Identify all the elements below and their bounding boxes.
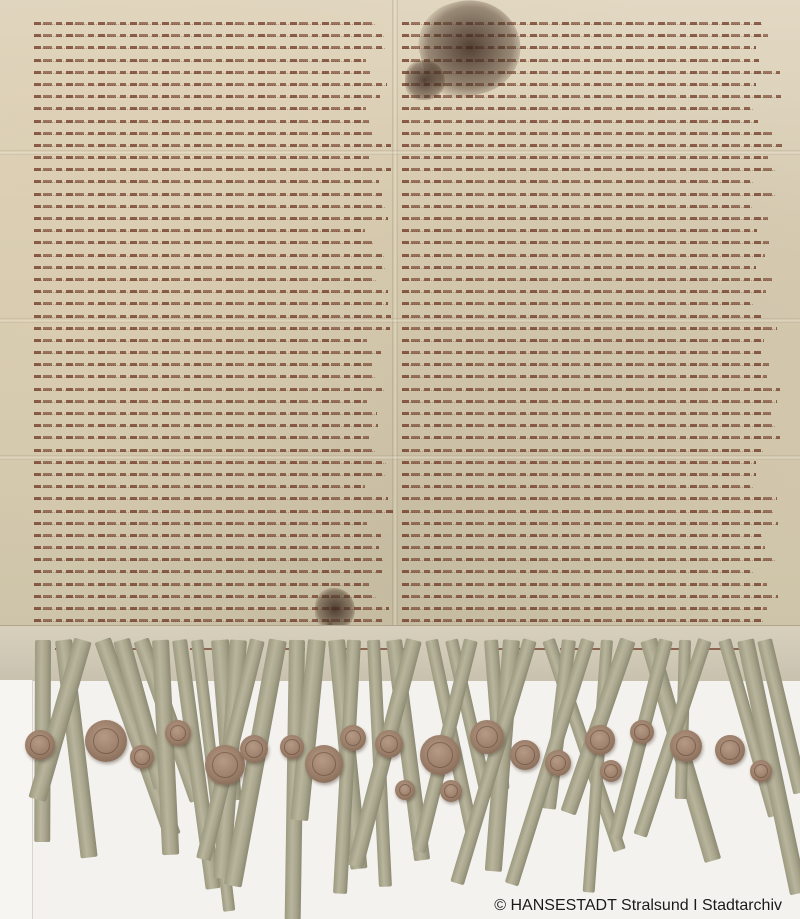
script-line <box>402 595 778 598</box>
script-line <box>34 120 369 123</box>
script-line <box>34 424 378 427</box>
script-line <box>402 607 767 610</box>
script-line <box>402 290 766 293</box>
wax-seal <box>510 740 540 770</box>
script-line <box>402 497 777 500</box>
script-line <box>402 205 752 208</box>
copyright-watermark: © HANSESTADT Stralsund I Stadtarchiv <box>494 897 782 915</box>
script-line <box>402 339 764 342</box>
script-line <box>402 534 762 537</box>
script-line <box>402 510 773 513</box>
script-line <box>34 290 388 293</box>
wax-seal <box>585 725 615 755</box>
wax-seal <box>715 735 745 765</box>
script-line <box>34 254 384 257</box>
script-line <box>34 351 381 354</box>
script-line <box>402 193 775 196</box>
script-line <box>34 107 366 110</box>
script-line <box>402 436 780 439</box>
wax-seal <box>440 780 462 802</box>
script-line <box>34 241 373 244</box>
ink-stain <box>405 60 445 100</box>
script-line <box>34 95 380 98</box>
wax-seal <box>670 730 702 762</box>
script-line <box>34 168 391 171</box>
wax-seal <box>340 725 366 751</box>
script-line <box>34 558 383 561</box>
script-line <box>402 229 757 232</box>
script-line <box>402 375 767 378</box>
wax-seal <box>130 745 154 769</box>
script-line <box>402 351 761 354</box>
script-line <box>34 570 382 573</box>
wax-seal <box>420 735 460 775</box>
script-line <box>402 583 767 586</box>
script-line <box>34 59 366 62</box>
wax-seal <box>280 735 304 759</box>
script-line <box>34 193 382 196</box>
script-line <box>34 278 376 281</box>
script-line <box>402 363 769 366</box>
script-line <box>34 180 379 183</box>
wax-seal <box>545 750 571 776</box>
wax-seal <box>305 745 343 783</box>
wax-seal <box>240 735 268 763</box>
script-line <box>34 522 367 525</box>
script-line <box>34 217 388 220</box>
script-line <box>34 449 375 452</box>
script-line <box>34 412 377 415</box>
script-line <box>34 22 375 25</box>
script-line <box>402 107 753 110</box>
script-line <box>402 156 768 159</box>
script-line <box>34 497 388 500</box>
wax-seal <box>395 780 415 800</box>
wax-seal <box>600 760 622 782</box>
script-line <box>34 485 365 488</box>
script-line <box>34 83 387 86</box>
script-line <box>402 278 772 281</box>
script-line <box>34 144 391 147</box>
script-line <box>402 144 782 147</box>
script-line <box>34 302 388 305</box>
script-line <box>34 34 384 37</box>
wax-seal <box>750 760 772 782</box>
text-column-left <box>34 22 394 680</box>
script-line <box>402 315 761 318</box>
wax-seal <box>85 720 127 762</box>
script-line <box>402 619 763 622</box>
script-line <box>402 412 771 415</box>
script-line <box>402 327 777 330</box>
script-line <box>402 473 756 476</box>
script-line <box>34 71 370 74</box>
script-line <box>34 266 385 269</box>
script-line <box>34 436 369 439</box>
wax-seal <box>25 730 55 760</box>
script-line <box>34 583 369 586</box>
script-line <box>34 205 385 208</box>
wax-seal <box>375 730 403 758</box>
script-line <box>402 485 753 488</box>
script-line <box>34 388 384 391</box>
script-line <box>34 156 369 159</box>
ink-stain <box>315 588 355 630</box>
script-line <box>34 363 372 366</box>
script-line <box>402 461 756 464</box>
script-line <box>402 388 780 391</box>
script-line <box>34 327 390 330</box>
script-line <box>402 254 765 257</box>
script-line <box>402 120 758 123</box>
script-line <box>34 473 385 476</box>
script-line <box>402 180 753 183</box>
script-line <box>402 302 753 305</box>
script-line <box>34 46 385 49</box>
script-line <box>402 546 765 549</box>
script-line <box>34 315 391 318</box>
script-line <box>34 461 386 464</box>
script-line <box>34 510 393 513</box>
wax-seal <box>205 745 245 785</box>
script-line <box>34 546 379 549</box>
script-line <box>402 241 769 244</box>
script-line <box>402 168 775 171</box>
script-line <box>402 424 775 427</box>
script-line <box>402 522 778 525</box>
script-line <box>402 217 768 220</box>
wax-seal <box>470 720 504 754</box>
script-line <box>402 400 777 403</box>
script-line <box>402 266 756 269</box>
script-line <box>402 132 772 135</box>
wax-seal <box>165 720 191 746</box>
script-line <box>402 449 763 452</box>
script-line <box>34 132 372 135</box>
script-line <box>34 400 367 403</box>
script-line <box>402 558 775 561</box>
script-line <box>34 375 375 378</box>
mount-board <box>0 680 33 919</box>
text-column-right <box>402 22 782 680</box>
script-line <box>34 534 381 537</box>
script-line <box>34 339 367 342</box>
wax-seal <box>630 720 654 744</box>
script-line <box>402 570 753 573</box>
script-line <box>34 229 365 232</box>
